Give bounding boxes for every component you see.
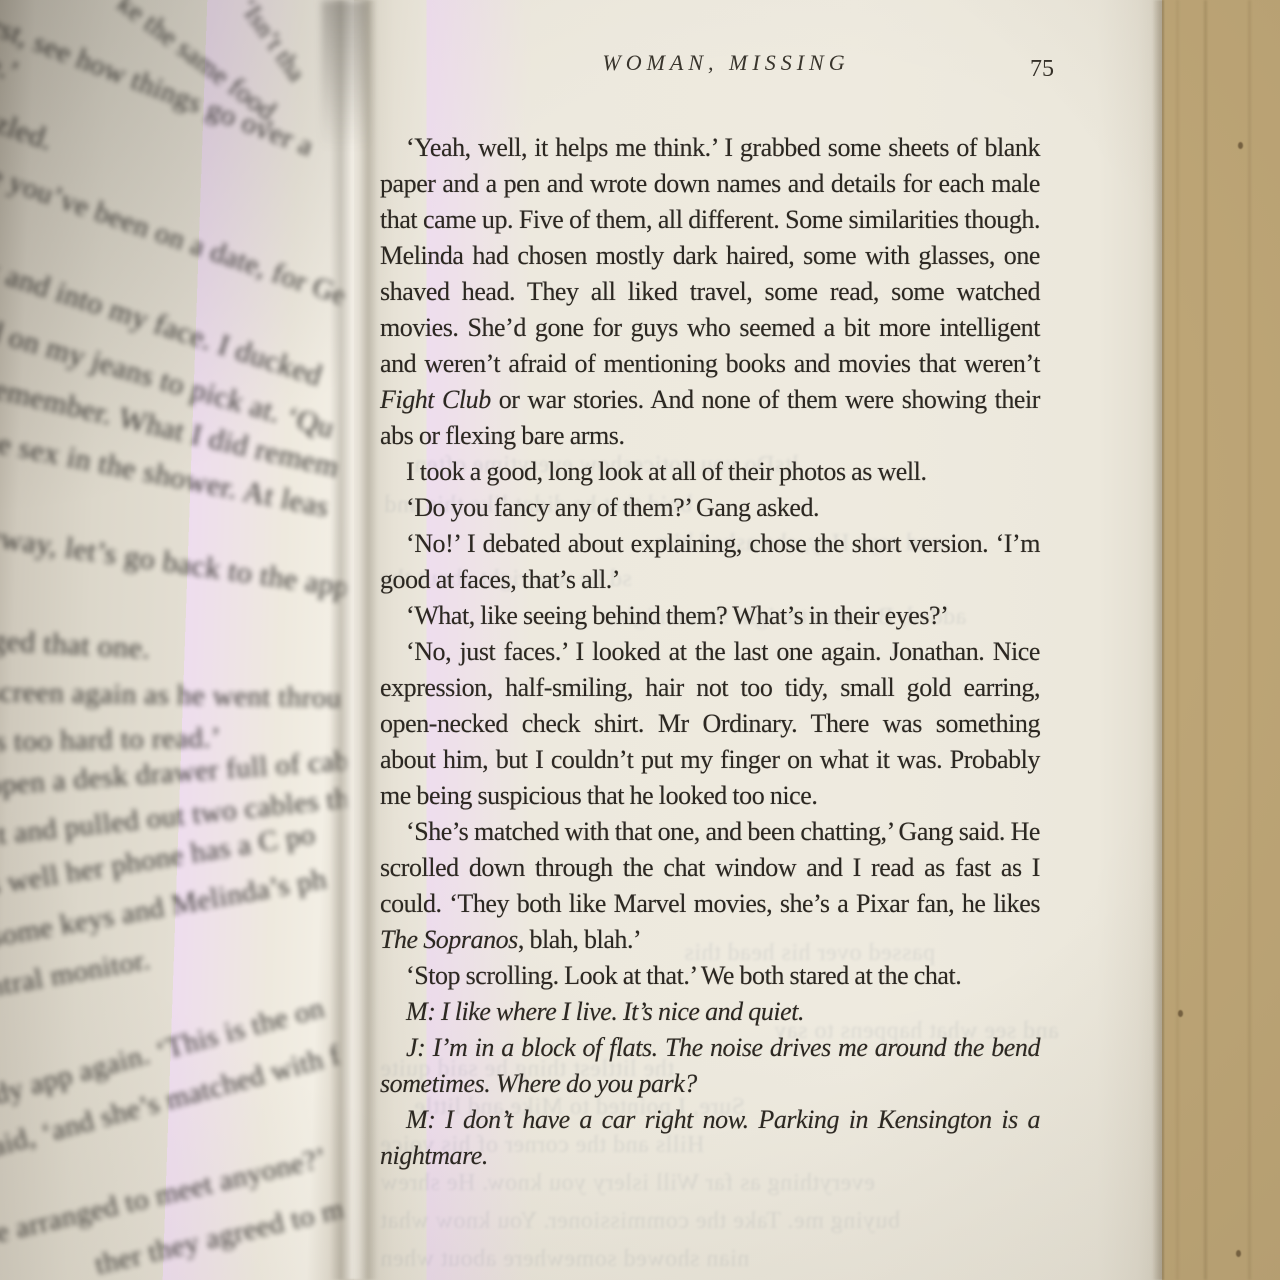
ghost-line: everything as far Will islery you know. … xyxy=(380,1170,875,1197)
text-segment: M: I don’t have a car right now. Parking… xyxy=(380,1105,1040,1170)
chat-transcript-line: J: I’m in a block of flats. The noise dr… xyxy=(380,1030,1040,1102)
left-page-line: screen again as he went throu xyxy=(0,676,342,715)
text-segment: ‘Do you fancy any of them?’ Gang asked. xyxy=(406,493,819,522)
left-page: ‘Isn’t thake the same food,rst, see how … xyxy=(0,0,354,1280)
text-segment: , blah, blah.’ xyxy=(518,925,641,954)
wood-grain-streak xyxy=(1204,0,1207,1280)
text-segment: ‘No!’ I debated about explaining, chose … xyxy=(380,529,1040,594)
ghost-line: nian showed somewhere about when xyxy=(380,1246,749,1273)
paragraph: ‘No!’ I debated about explaining, chose … xyxy=(380,526,1040,598)
wood-knot xyxy=(1178,1010,1183,1017)
wood-knot xyxy=(1238,142,1243,149)
text-segment: ‘What, like seeing behind them? What’s i… xyxy=(406,601,948,630)
text-segment: Fight Club xyxy=(380,385,491,414)
paragraph: ‘Yeah, well, it helps me think.’ I grabb… xyxy=(380,130,1040,454)
chat-transcript-line: M: I like where I live. It’s nice and qu… xyxy=(380,994,1040,1030)
wood-grain-streak xyxy=(1248,0,1251,1280)
chat-transcript-line: M: I don’t have a car right now. Parking… xyxy=(380,1102,1040,1174)
page-number: 75 xyxy=(994,56,1054,83)
running-head: WOMAN, MISSING xyxy=(396,50,1056,76)
page-fore-edge xyxy=(1152,0,1164,1280)
wood-knot xyxy=(1236,1250,1241,1257)
paragraph: I took a good, long look at all of their… xyxy=(380,454,1040,490)
text-segment: ‘No, just faces.’ I looked at the last o… xyxy=(380,637,1040,810)
book-gutter-ridge xyxy=(330,0,378,1280)
paragraph: ‘What, like seeing behind them? What’s i… xyxy=(380,598,1040,634)
page-body-text: ‘Yeah, well, it helps me think.’ I grabb… xyxy=(380,130,1040,1174)
paragraph: ‘Stop scrolling. Look at that.’ We both … xyxy=(380,958,1040,994)
text-segment: ‘Stop scrolling. Look at that.’ We both … xyxy=(406,961,961,990)
paragraph: ‘She’s matched with that one, and been c… xyxy=(380,814,1040,958)
text-segment: ‘Yeah, well, it helps me think.’ I grabb… xyxy=(380,133,1040,378)
ghost-line: buying me. Take the commissioner. You kn… xyxy=(380,1208,900,1235)
text-segment: J: I’m in a block of flats. The noise dr… xyxy=(380,1033,1040,1098)
text-segment: I took a good, long look at all of their… xyxy=(406,457,927,486)
paragraph: ‘Do you fancy any of them?’ Gang asked. xyxy=(380,490,1040,526)
left-page-line: ’s too hard to read.’ xyxy=(0,722,221,759)
text-segment: The Sopranos xyxy=(380,925,518,954)
text-segment: ‘She’s matched with that one, and been c… xyxy=(380,817,1040,918)
paragraph: ‘No, just faces.’ I looked at the last o… xyxy=(380,634,1040,814)
gutter-shadow xyxy=(322,0,368,150)
wood-grain-streak xyxy=(1176,0,1179,1280)
right-page: ltsDo you noticeshow everytime oftenboid… xyxy=(354,0,1162,1280)
text-segment: M: I like where I live. It’s nice and qu… xyxy=(406,997,804,1026)
book-photo: ‘Isn’t thake the same food,rst, see how … xyxy=(0,0,1280,1280)
